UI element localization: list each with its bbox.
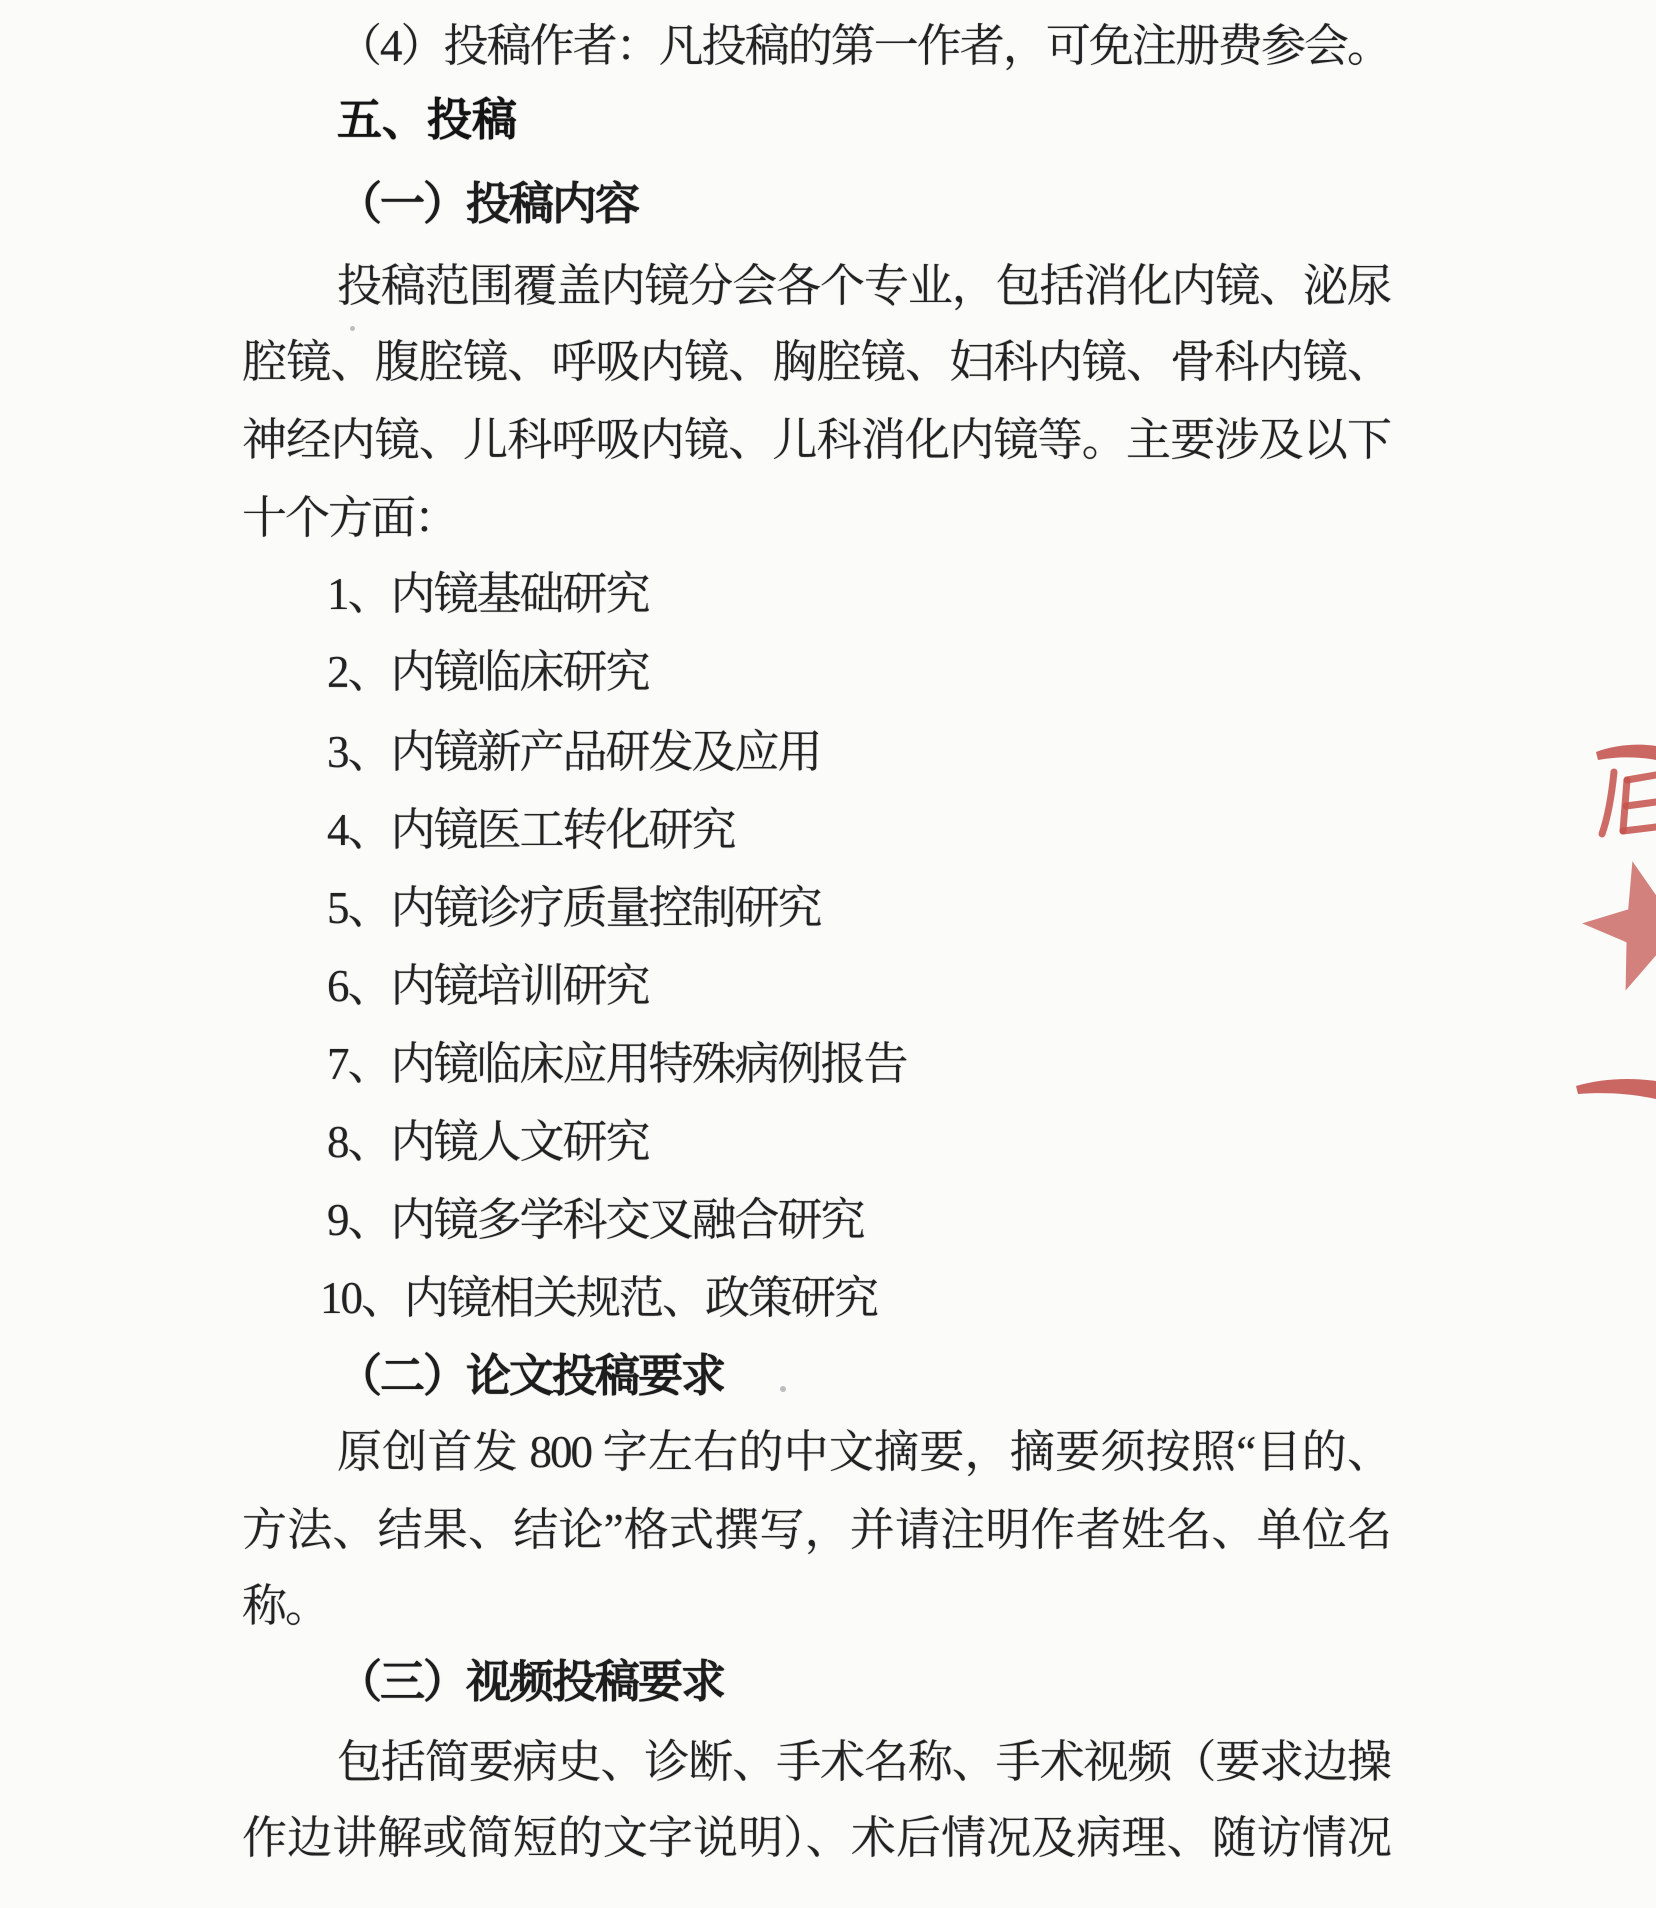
text-line: 腔镜、腹腔镜、呼吸内镜、胸腔镜、妇科内镜、骨科内镜、 bbox=[242, 332, 1390, 392]
text-line: 1、内镜基础研究 bbox=[327, 564, 649, 624]
scan-speck bbox=[350, 326, 355, 331]
text-line: 10、内镜相关规范、政策研究 bbox=[320, 1268, 877, 1328]
stamp-star-icon bbox=[1582, 861, 1656, 990]
text-line: 2、内镜临床研究 bbox=[327, 642, 649, 702]
stamp-arc bbox=[1576, 1079, 1656, 1099]
scan-speck bbox=[780, 1386, 786, 1392]
text-line: （二）论文投稿要求 bbox=[337, 1346, 724, 1406]
text-line: 6、内镜培训研究 bbox=[327, 956, 649, 1016]
official-seal-stamp bbox=[1556, 730, 1656, 1120]
text-line: 原创首发 800 字左右的中文摘要，摘要须按照“目的、 bbox=[337, 1422, 1390, 1482]
stamp-stroke-bar bbox=[1596, 745, 1656, 760]
text-line: 5、内镜诊疗质量控制研究 bbox=[327, 878, 821, 938]
text-line: 包括简要病史、诊断、手术名称、手术视频（要求边操 bbox=[337, 1732, 1390, 1792]
text-line: 称。 bbox=[242, 1576, 328, 1636]
document-page: （4）投稿作者：凡投稿的第一作者，可免注册费参会。五、投稿（一）投稿内容投稿范围… bbox=[0, 0, 1656, 1908]
text-line: 投稿范围覆盖内镜分会各个专业，包括消化内镜、泌尿 bbox=[337, 256, 1390, 316]
text-line: （一）投稿内容 bbox=[337, 174, 638, 234]
text-line: 十个方面： bbox=[242, 488, 457, 548]
text-line: 9、内镜多学科交叉融合研究 bbox=[327, 1190, 864, 1250]
text-line: 4、内镜医工转化研究 bbox=[327, 800, 735, 860]
text-line: （4）投稿作者：凡投稿的第一作者，可免注册费参会。 bbox=[337, 16, 1390, 76]
text-line: 8、内镜人文研究 bbox=[327, 1112, 649, 1172]
text-line: 作边讲解或简短的文字说明）、术后情况及病理、随访情况 bbox=[242, 1808, 1390, 1868]
text-line: 3、内镜新产品研发及应用 bbox=[327, 722, 821, 782]
text-line: 方法、结果、结论”格式撰写，并请注明作者姓名、单位名 bbox=[242, 1500, 1390, 1560]
stamp-character-fragment-icon bbox=[1602, 772, 1656, 834]
text-line: （三）视频投稿要求 bbox=[337, 1652, 724, 1712]
text-line: 五、投稿 bbox=[337, 90, 517, 150]
text-line: 7、内镜临床应用特殊病例报告 bbox=[327, 1034, 907, 1094]
text-line: 神经内镜、儿科呼吸内镜、儿科消化内镜等。主要涉及以下 bbox=[242, 410, 1390, 470]
